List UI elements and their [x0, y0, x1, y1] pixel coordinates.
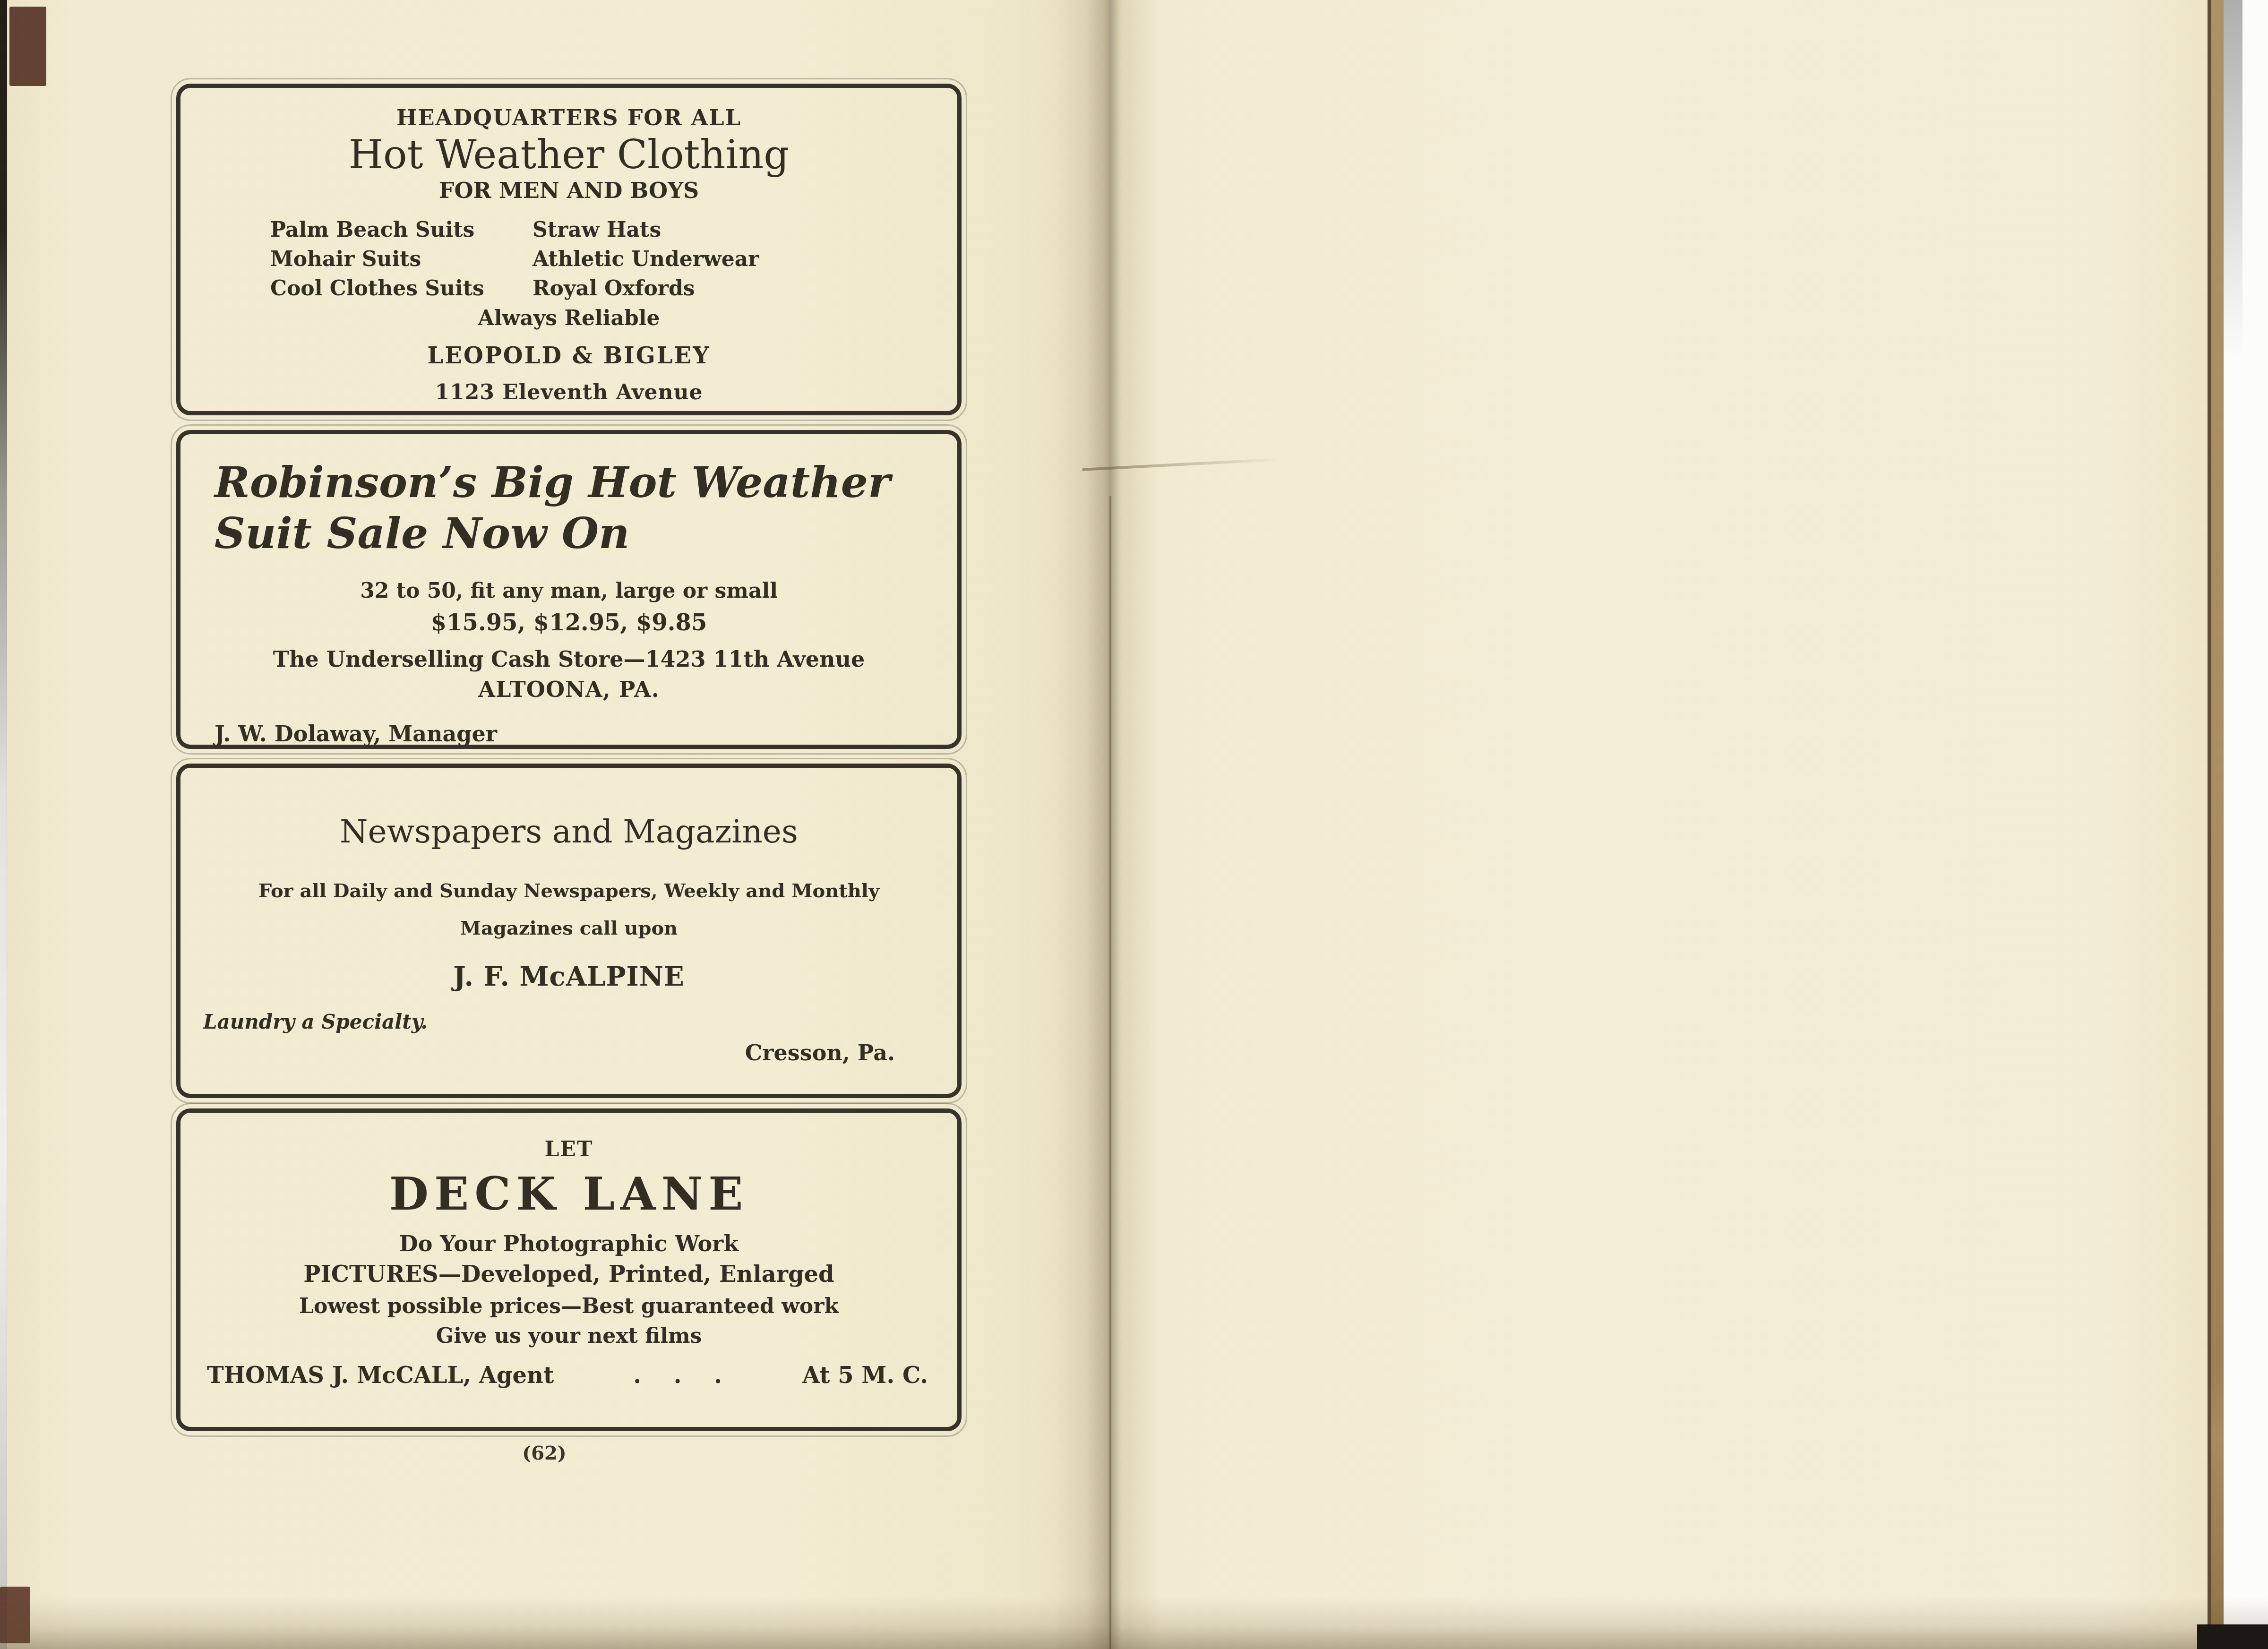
ad-leopold-items-right: Straw Hats Athletic Underwear Royal Oxfo… [533, 215, 957, 303]
ad-mcalpine-line2: Magazines call upon [180, 917, 957, 939]
page-number-left: (62) [183, 1442, 906, 1464]
ad-mcalpine-location: Cresson, Pa. [180, 1040, 957, 1065]
ad-robinsons-manager: J. W. Dolaway, Manager [180, 721, 957, 747]
ad-item: Straw Hats [533, 215, 957, 245]
ad-robinsons-title-line1: Robinson’s Big Hot Weather [180, 457, 957, 508]
ad-item: Athletic Underwear [533, 245, 957, 274]
ad-item: Royal Oxfords [533, 274, 957, 303]
book-gutter-shadow [1054, 0, 1162, 1649]
ad-leopold-business-name: LEOPOLD & BIGLEY [180, 343, 957, 369]
bottom-page-shadow [0, 1597, 2268, 1649]
ad-decklane-dots: . . . [633, 1362, 723, 1389]
ad-leopold-items-left: Palm Beach Suits Mohair Suits Cool Cloth… [270, 215, 533, 303]
ad-leopold-item-columns: Palm Beach Suits Mohair Suits Cool Cloth… [180, 215, 957, 303]
ad-deck-lane: LET DECK LANE Do Your Photographic Work … [176, 1108, 962, 1431]
scanner-edge-shadow [2224, 0, 2242, 359]
ad-robinsons-prices: $15.95, $12.95, $9.85 [180, 610, 957, 636]
ad-decklane-location: At 5 M. C. [802, 1362, 928, 1389]
ad-item: Cool Clothes Suits [270, 274, 533, 303]
ad-decklane-line2: PICTURES—Developed, Printed, Enlarged [180, 1261, 957, 1288]
ad-robinsons-store: The Underselling Cash Store—1423 11th Av… [180, 646, 957, 672]
ad-decklane-line1: Do Your Photographic Work [180, 1231, 957, 1256]
ad-robinsons-city: ALTOONA, PA. [180, 677, 957, 702]
right-page: Why the silence in S Ward. “Cyclone” Nes… [1106, 0, 2210, 1649]
ad-decklane-agent: THOMAS J. McCALL, Agent [207, 1362, 554, 1389]
ad-leopold-bigley: HEADQUARTERS FOR ALL Hot Weather Clothin… [176, 84, 962, 415]
ad-mcalpine-business-name: J. F. McALPINE [180, 961, 957, 992]
ad-item: Palm Beach Suits [270, 215, 533, 245]
ad-robinsons-sizes: 32 to 50, fit any man, large or small [180, 579, 957, 603]
left-page: HEADQUARTERS FOR ALL Hot Weather Clothin… [7, 0, 1106, 1649]
ad-mcalpine-title: Newspapers and Magazines [180, 813, 957, 850]
ad-decklane-agent-row: THOMAS J. McCALL, Agent . . . At 5 M. C. [180, 1362, 957, 1389]
ad-decklane-line4: Give us your next films [180, 1324, 957, 1348]
ad-mcalpine-laundry-note: Laundry a Specialty. [180, 1010, 957, 1033]
book-scan: HEADQUARTERS FOR ALL Hot Weather Clothin… [0, 0, 2268, 1649]
ad-leopold-address: 1123 Eleventh Avenue [180, 380, 957, 404]
left-book-edge [0, 0, 7, 1649]
ad-robinsons-title-line2: Suit Sale Now On [180, 508, 957, 559]
ad-mcalpine: Newspapers and Magazines For all Daily a… [176, 764, 962, 1098]
left-edge-mark-top [9, 7, 46, 86]
ad-leopold-title: Hot Weather Clothing [180, 132, 957, 177]
ad-leopold-subheader: FOR MEN AND BOYS [180, 178, 957, 203]
right-page-edge-line [2208, 0, 2211, 1649]
ad-mcalpine-line1: For all Daily and Sunday Newspapers, Wee… [180, 880, 957, 902]
bottom-right-dark-corner [2197, 1624, 2268, 1649]
gutter-fold-line [1109, 496, 1111, 1649]
ad-leopold-tagline: Always Reliable [180, 306, 957, 330]
ad-leopold-header: HEADQUARTERS FOR ALL [180, 105, 957, 130]
ad-item: Mohair Suits [270, 245, 533, 274]
ad-decklane-line3: Lowest possible prices—Best guaranteed w… [180, 1294, 957, 1318]
ad-robinsons: Robinson’s Big Hot Weather Suit Sale Now… [176, 430, 962, 749]
ad-decklane-title: DECK LANE [180, 1167, 957, 1220]
ad-decklane-lead: LET [180, 1137, 957, 1161]
